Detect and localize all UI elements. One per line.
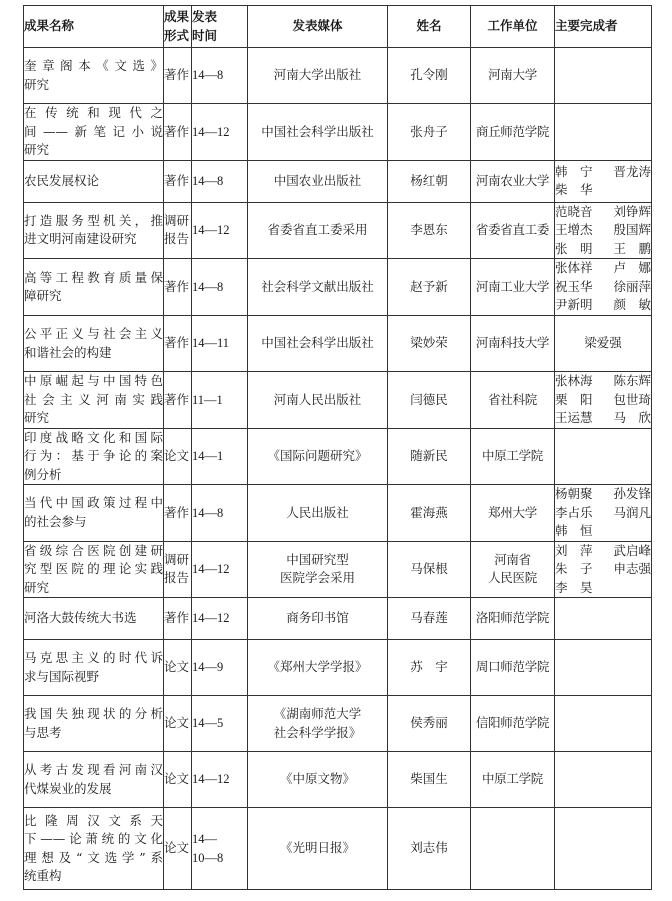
cell-unit-line: 中原工学院 [471,770,554,789]
team-member: 张林海 [555,372,601,391]
cell-media-line: 《郑州大学学报》 [248,658,387,677]
cell-date: 14—12 [192,752,248,808]
cell-media-line: 河南人民出版社 [248,391,387,410]
cell-media-line: 中国社会科学出版社 [248,334,387,353]
cell-title-line: 间——新笔记小说 [24,123,163,142]
cell-title-line: 中原崛起与中国特色 [24,372,163,391]
header-row: 成果名称 成果 形式 发表 时间 发表媒体 姓名 工作单位 主要完成者 [24,6,652,48]
cell-form-line: 著作 [164,609,191,628]
team-member: 柴 华 [555,181,601,200]
cell-name: 杨红朝 [388,160,471,202]
cell-form: 论文 [164,428,192,485]
cell-form-line: 著作 [164,66,191,85]
team-member: 刘铮辉 [605,203,651,222]
cell-title-line: 河洛大鼓传统大书选 [24,609,163,628]
cell-media-line: 《国际问题研究》 [248,447,387,466]
cell-title-line: 高等工程教育质量保 [24,269,163,288]
cell-date: 14—8 [192,259,248,316]
cell-title-line: 研究 [24,141,163,160]
cell-date-line: 14— [192,830,247,849]
cell-media-line: 商务印书馆 [248,609,387,628]
cell-name: 闫德民 [388,372,471,429]
cell-title-line: 研究 [24,579,163,598]
cell-form-line: 报告 [164,230,191,249]
cell-form-line: 调研 [164,212,191,231]
cell-media-line: 中国农业出版社 [248,172,387,191]
team-member: 栗 阳 [555,391,601,410]
cell-date-line: 10—8 [192,849,247,868]
cell-title-line: 从考古发现看河南汉 [24,761,163,780]
cell-media: 中国社会科学出版社 [248,316,388,372]
cell-media: 人民出版社 [248,485,388,542]
cell-name: 随新民 [388,428,471,485]
cell-date-line: 14—11 [192,334,247,353]
header-media: 发表媒体 [248,6,388,48]
cell-name: 刘志伟 [388,808,471,890]
cell-title-line: 印度战略文化和国际 [24,429,163,448]
cell-team [555,808,652,890]
cell-unit: 信阳师范学院 [471,696,555,752]
team-member-list: 张林海陈东辉栗 阳包世琦王运慧马 欣 [555,372,651,428]
table-row: 高等工程教育质量保障研究著作14—8社会科学文献出版社赵予新河南工业大学张体祥卢… [24,259,652,316]
cell-unit: 省社科院 [471,372,555,429]
cell-media: 中国农业出版社 [248,160,388,202]
cell-name: 马保根 [388,541,471,598]
cell-team [555,752,652,808]
cell-title-line: 省级综合医院创建研 [24,542,163,561]
team-member: 徐丽萍 [605,278,651,297]
cell-media: 《郑州大学学报》 [248,640,388,696]
team-member: 刘 萍 [555,542,601,561]
cell-media-line: 中国社会科学出版社 [248,123,387,142]
team-member: 晋龙涛 [605,163,651,182]
cell-date-line: 14—8 [192,172,247,191]
cell-unit-line: 信阳师范学院 [471,714,554,733]
team-member: 马 欣 [605,409,651,428]
table-row: 打造服务型机关，推进文明河南建设研究调研报告14—12省委省直工委采用李恩东省委… [24,202,652,259]
cell-title-line: 社会主义河南实践 [24,391,163,410]
cell-media: 中国研究型医院学会采用 [248,541,388,598]
cell-form: 著作 [164,598,192,640]
cell-media: 商务印书馆 [248,598,388,640]
team-member: 颜 敏 [605,296,651,315]
cell-date: 14—8 [192,160,248,202]
cell-title: 在传统和现代之间——新笔记小说研究 [24,104,164,161]
cell-title-line: 统重构 [24,867,163,886]
table-row: 公平正义与社会主义和谐社会的构建著作14—11中国社会科学出版社梁妙荣河南科技大… [24,316,652,372]
cell-media: 《中原文物》 [248,752,388,808]
cell-team: 梁爱强 [555,316,652,372]
team-member-list: 韩 宁晋龙涛柴 华 [555,163,651,200]
cell-name: 梁妙荣 [388,316,471,372]
cell-title-line: 马克思主义的时代诉 [24,649,163,668]
cell-date-line: 14—12 [192,560,247,579]
team-member: 殷国辉 [605,221,651,240]
table-row: 马克思主义的时代诉求与国际视野论文14—9《郑州大学学报》苏 宇周口师范学院 [24,640,652,696]
header-title: 成果名称 [24,6,164,48]
team-member: 王增杰 [555,221,601,240]
cell-title: 印度战略文化和国际行为：基于争论的案例分析 [24,428,164,485]
table-row: 河洛大鼓传统大书选著作14—12商务印书馆马春莲洛阳师范学院 [24,598,652,640]
cell-name: 赵予新 [388,259,471,316]
cell-title-line: 研究 [24,409,163,428]
cell-unit-line: 中原工学院 [471,447,554,466]
team-member: 李 昊 [555,579,601,598]
cell-title-line: 比隆周汉文系天 [24,812,163,831]
cell-title-line: 农民发展权论 [24,172,163,191]
team-member: 申志强 [605,560,651,579]
cell-form: 调研报告 [164,202,192,259]
cell-date-line: 14—1 [192,447,247,466]
cell-form-line: 论文 [164,839,191,858]
team-member: 王 鹏 [605,240,651,259]
team-member: 武启峰 [605,542,651,561]
cell-title: 当代中国政策过程中的社会参与 [24,485,164,542]
table-row: 比隆周汉文系天下——论萧统的文化理想及“文选学”系统重构论文14—10—8《光明… [24,808,652,890]
cell-date-line: 14—12 [192,770,247,789]
cell-title: 省级综合医院创建研究型医院的理论实践研究 [24,541,164,598]
cell-date: 14—8 [192,485,248,542]
cell-team [555,48,652,104]
cell-media-line: 省委省直工委采用 [248,221,387,240]
cell-date: 14—8 [192,48,248,104]
cell-unit-line: 人民医院 [471,569,554,588]
cell-date-line: 14—8 [192,66,247,85]
awards-table: 成果名称 成果 形式 发表 时间 发表媒体 姓名 工作单位 主要完成者 奎章阁本… [23,5,652,890]
cell-title-line: 奎章阁本《文选》 [24,57,163,76]
cell-unit [471,808,555,890]
team-member: 梁爱强 [555,334,651,353]
cell-team [555,104,652,161]
table-row: 农民发展权论著作14—8中国农业出版社杨红朝河南农业大学韩 宁晋龙涛柴 华 [24,160,652,202]
cell-unit-line: 河南省 [471,551,554,570]
team-member: 范晓音 [555,203,601,222]
table-row: 奎章阁本《文选》研究著作14—8河南大学出版社孔令刚河南大学 [24,48,652,104]
cell-title-line: 和谐社会的构建 [24,344,163,363]
cell-media: 省委省直工委采用 [248,202,388,259]
team-member: 祝玉华 [555,278,601,297]
team-member: 孙发锋 [605,485,651,504]
cell-date: 14—9 [192,640,248,696]
header-form-line1: 成果 [164,8,191,27]
cell-title-line: 行为：基于争论的案 [24,447,163,466]
team-member: 张体祥 [555,259,601,278]
cell-date-line: 14—5 [192,714,247,733]
cell-media-line: 《光明日报》 [248,839,387,858]
cell-unit: 商丘师范学院 [471,104,555,161]
team-member: 朱 子 [555,560,601,579]
cell-title: 农民发展权论 [24,160,164,202]
cell-form-line: 调研 [164,551,191,570]
cell-title: 从考古发现看河南汉代煤炭业的发展 [24,752,164,808]
cell-team: 杨朝聚孙发锋李占乐马润凡韩 恒 [555,485,652,542]
cell-title-line: 下——论萧统的文化 [24,830,163,849]
cell-unit-line: 河南科技大学 [471,334,554,353]
team-member: 韩 宁 [555,163,601,182]
cell-team [555,696,652,752]
cell-unit-line: 河南农业大学 [471,172,554,191]
cell-unit-line: 周口师范学院 [471,658,554,677]
cell-title-line: 障研究 [24,287,163,306]
cell-unit: 周口师范学院 [471,640,555,696]
cell-unit: 河南工业大学 [471,259,555,316]
cell-date: 14—5 [192,696,248,752]
cell-media: 河南人民出版社 [248,372,388,429]
cell-unit: 中原工学院 [471,428,555,485]
table-row: 从考古发现看河南汉代煤炭业的发展论文14—12《中原文物》柴国生中原工学院 [24,752,652,808]
cell-form-line: 著作 [164,123,191,142]
cell-unit: 洛阳师范学院 [471,598,555,640]
cell-media-line: 河南大学出版社 [248,66,387,85]
cell-team [555,598,652,640]
cell-form: 著作 [164,160,192,202]
table-row: 印度战略文化和国际行为：基于争论的案例分析论文14—1《国际问题研究》随新民中原… [24,428,652,485]
cell-media: 社会科学文献出版社 [248,259,388,316]
cell-date-line: 14—12 [192,123,247,142]
cell-form: 著作 [164,316,192,372]
cell-form-line: 著作 [164,172,191,191]
header-form-line2: 形式 [164,27,191,46]
cell-form-line: 著作 [164,278,191,297]
team-member: 李占乐 [555,504,601,523]
cell-form: 著作 [164,104,192,161]
cell-team: 范晓音刘铮辉王增杰殷国辉张 明王 鹏 [555,202,652,259]
cell-unit-line: 河南大学 [471,66,554,85]
team-member [605,522,651,541]
cell-media: 中国社会科学出版社 [248,104,388,161]
cell-unit: 省委省直工委 [471,202,555,259]
table-row: 中原崛起与中国特色社会主义河南实践研究著作11—1河南人民出版社闫德民省社科院张… [24,372,652,429]
cell-form-line: 论文 [164,658,191,677]
cell-name: 苏 宇 [388,640,471,696]
cell-form-line: 论文 [164,447,191,466]
table-row: 当代中国政策过程中的社会参与著作14—8人民出版社霍海燕郑州大学杨朝聚孙发锋李占… [24,485,652,542]
cell-title-line: 理想及“文选学”系 [24,849,163,868]
cell-media: 《湖南师范大学社会科学学报》 [248,696,388,752]
cell-unit: 河南农业大学 [471,160,555,202]
cell-date: 14—12 [192,202,248,259]
cell-title: 公平正义与社会主义和谐社会的构建 [24,316,164,372]
cell-date: 14—12 [192,104,248,161]
cell-unit: 河南省人民医院 [471,541,555,598]
header-date: 发表 时间 [192,6,248,48]
cell-form: 论文 [164,752,192,808]
cell-form-line: 报告 [164,569,191,588]
cell-name: 李恩东 [388,202,471,259]
cell-form-line: 论文 [164,770,191,789]
table-body: 奎章阁本《文选》研究著作14—8河南大学出版社孔令刚河南大学在传统和现代之间——… [24,48,652,890]
cell-title: 中原崛起与中国特色社会主义河南实践研究 [24,372,164,429]
team-member: 卢 娜 [605,259,651,278]
cell-title: 我国失独现状的分析与思考 [24,696,164,752]
header-date-line1: 发表 [192,8,247,27]
cell-media-line: 《湖南师范大学 [248,705,387,724]
header-form: 成果 形式 [164,6,192,48]
cell-team: 张林海陈东辉栗 阳包世琦王运慧马 欣 [555,372,652,429]
cell-media: 河南大学出版社 [248,48,388,104]
header-unit: 工作单位 [471,6,555,48]
cell-title-line: 代煤炭业的发展 [24,780,163,799]
cell-name: 张舟子 [388,104,471,161]
header-date-line2: 时间 [192,27,247,46]
cell-title: 高等工程教育质量保障研究 [24,259,164,316]
cell-media-line: 社会科学文献出版社 [248,278,387,297]
cell-form: 著作 [164,259,192,316]
cell-title: 河洛大鼓传统大书选 [24,598,164,640]
cell-date: 11—1 [192,372,248,429]
cell-date: 14—12 [192,541,248,598]
cell-date: 14—1 [192,428,248,485]
cell-media-line: 社会科学学报》 [248,724,387,743]
cell-title-line: 究型医院的理论实践 [24,560,163,579]
cell-media-line: 人民出版社 [248,504,387,523]
cell-unit-line: 河南工业大学 [471,278,554,297]
cell-date-line: 14—8 [192,278,247,297]
cell-media-line: 中国研究型 [248,551,387,570]
cell-title-line: 例分析 [24,466,163,485]
team-member: 陈东辉 [605,372,651,391]
cell-form: 著作 [164,372,192,429]
cell-title-line: 与思考 [24,724,163,743]
cell-form-line: 著作 [164,334,191,353]
cell-form: 著作 [164,485,192,542]
cell-form: 论文 [164,808,192,890]
cell-title-line: 进文明河南建设研究 [24,230,163,249]
cell-form-line: 著作 [164,504,191,523]
team-member: 杨朝聚 [555,485,601,504]
cell-name: 侯秀丽 [388,696,471,752]
cell-date-line: 14—12 [192,221,247,240]
cell-date-line: 14—9 [192,658,247,677]
header-name: 姓名 [388,6,471,48]
cell-form: 论文 [164,696,192,752]
team-member: 马润凡 [605,504,651,523]
cell-name: 柴国生 [388,752,471,808]
cell-name: 霍海燕 [388,485,471,542]
cell-unit-line: 商丘师范学院 [471,123,554,142]
header-team: 主要完成者 [555,6,652,48]
cell-title-line: 求与国际视野 [24,668,163,687]
table-row: 我国失独现状的分析与思考论文14—5《湖南师范大学社会科学学报》侯秀丽信阳师范学… [24,696,652,752]
cell-team: 刘 萍武启峰朱 子申志强李 昊 [555,541,652,598]
cell-date-line: 14—12 [192,609,247,628]
team-member: 包世琦 [605,391,651,410]
cell-unit-line: 省委省直工委 [471,221,554,240]
team-member [605,579,651,598]
cell-form-line: 论文 [164,714,191,733]
cell-media-line: 《中原文物》 [248,770,387,789]
cell-name: 马春莲 [388,598,471,640]
cell-title-line: 在传统和现代之 [24,104,163,123]
team-member: 张 明 [555,240,601,259]
cell-name: 孔令刚 [388,48,471,104]
team-member [605,181,651,200]
cell-form: 调研报告 [164,541,192,598]
cell-unit: 河南大学 [471,48,555,104]
team-member: 韩 恒 [555,522,601,541]
cell-title-line: 打造服务型机关，推 [24,212,163,231]
team-member-list: 张体祥卢 娜祝玉华徐丽萍尹新明颜 敏 [555,259,651,315]
cell-date-line: 11—1 [192,391,247,410]
cell-team [555,640,652,696]
cell-title-line: 当代中国政策过程中 [24,494,163,513]
team-member: 尹新明 [555,296,601,315]
cell-team [555,428,652,485]
team-member-list: 刘 萍武启峰朱 子申志强李 昊 [555,542,651,598]
cell-team: 韩 宁晋龙涛柴 华 [555,160,652,202]
cell-form: 著作 [164,48,192,104]
table-row: 省级综合医院创建研究型医院的理论实践研究调研报告14—12中国研究型医院学会采用… [24,541,652,598]
cell-title: 马克思主义的时代诉求与国际视野 [24,640,164,696]
cell-date: 14—10—8 [192,808,248,890]
cell-media: 《国际问题研究》 [248,428,388,485]
table-row: 在传统和现代之间——新笔记小说研究著作14—12中国社会科学出版社张舟子商丘师范… [24,104,652,161]
cell-date: 14—11 [192,316,248,372]
cell-title: 打造服务型机关，推进文明河南建设研究 [24,202,164,259]
cell-unit: 河南科技大学 [471,316,555,372]
cell-date: 14—12 [192,598,248,640]
cell-media-line: 医院学会采用 [248,569,387,588]
cell-form-line: 著作 [164,391,191,410]
cell-date-line: 14—8 [192,504,247,523]
cell-unit-line: 省社科院 [471,391,554,410]
cell-title: 比隆周汉文系天下——论萧统的文化理想及“文选学”系统重构 [24,808,164,890]
cell-unit: 郑州大学 [471,485,555,542]
cell-title-line: 研究 [24,76,163,95]
cell-title: 奎章阁本《文选》研究 [24,48,164,104]
cell-form: 论文 [164,640,192,696]
team-member: 王运慧 [555,409,601,428]
cell-unit-line: 洛阳师范学院 [471,609,554,628]
cell-unit: 中原工学院 [471,752,555,808]
cell-title-line: 公平正义与社会主义 [24,325,163,344]
cell-title-line: 的社会参与 [24,513,163,532]
team-member-list: 范晓音刘铮辉王增杰殷国辉张 明王 鹏 [555,203,651,259]
cell-unit-line: 郑州大学 [471,504,554,523]
cell-media: 《光明日报》 [248,808,388,890]
cell-title-line: 我国失独现状的分析 [24,705,163,724]
team-member-list: 杨朝聚孙发锋李占乐马润凡韩 恒 [555,485,651,541]
cell-team: 张体祥卢 娜祝玉华徐丽萍尹新明颜 敏 [555,259,652,316]
